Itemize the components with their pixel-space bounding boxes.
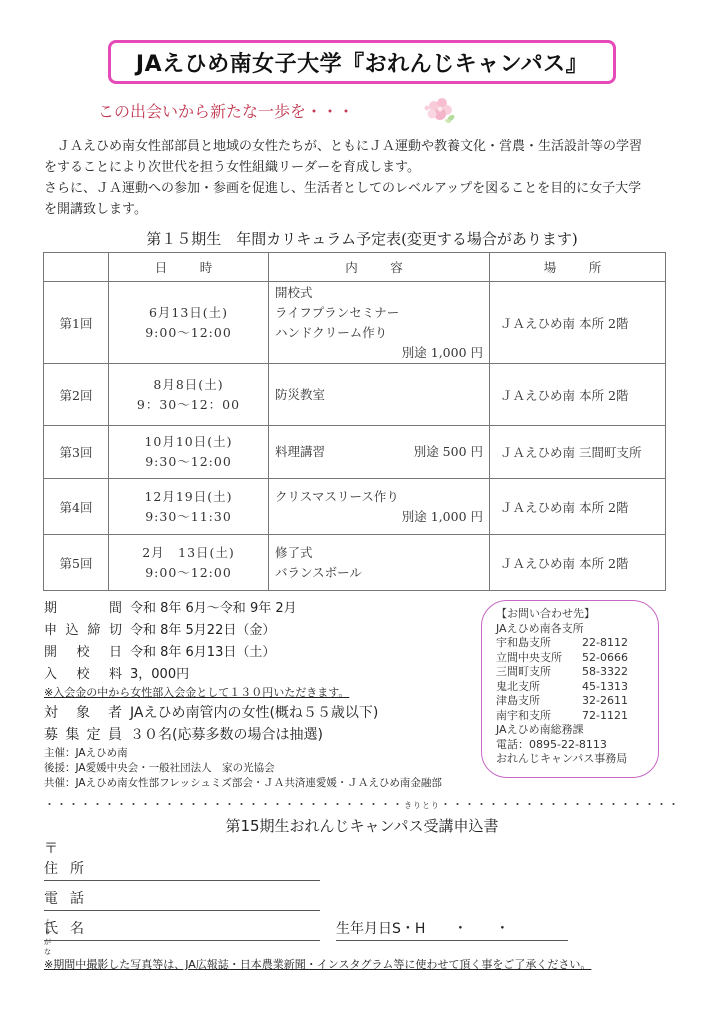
header-datetime: 日 時 <box>109 253 269 282</box>
table-header-row: 日 時 内 容 場 所 <box>44 253 666 282</box>
document-title: JAえひめ南女子大学『おれんじキャンパス』 <box>108 40 616 84</box>
session-content: 防災教室 <box>269 364 490 426</box>
branch-item: 宇和島支所22-8112 <box>496 636 658 651</box>
detail-value: 3，000円 <box>130 663 189 682</box>
detail-label: 期 間 <box>44 597 122 616</box>
session-date: 12月19日(土) <box>115 487 262 507</box>
detail-target: 対 象 者 JAえひめ南管内の女性(概ね５５歳以下) <box>44 701 474 723</box>
detail-value: 令和 8年 6月～令和 9年 2月 <box>130 597 297 616</box>
intro-paragraph: さらに、ＪＡ運動への参加・参画を促進し、生活者としてのレベルアップを図ることを目… <box>44 178 644 220</box>
application-form-title: 第15期生おれんじキャンパス受講申込書 <box>0 815 724 836</box>
postal-mark: 〒 <box>44 838 58 858</box>
detail-value: 令和 8年 6月13日（土） <box>130 641 275 660</box>
session-fee: 別途 1,000 円 <box>275 343 483 363</box>
detail-opening: 開 校 日 令和 8年 6月13日（土） <box>44 639 474 661</box>
session-content: クリスマスリース作り 別途 1,000 円 <box>269 479 490 535</box>
session-place: ＪＡえひめ南 三間町支所 <box>490 426 666 479</box>
name-label: 氏名 <box>44 921 96 937</box>
session-datetime: 6月13日(土) 9:00～12:00 <box>109 282 269 364</box>
birthdate-field[interactable]: 生年月日S・H ・ ・ <box>336 918 568 941</box>
session-number: 第4回 <box>44 479 109 535</box>
intro-paragraph: ＪＡえひめ南女性部部員と地域の女性たちが、ともにＪＡ運動や教養文化・営農・生活設… <box>44 136 644 178</box>
session-content: 開校式 ライフプランセミナー ハンドクリーム作り 別途 1,000 円 <box>269 282 490 364</box>
inquiry-office: おれんじキャンパス事務局 <box>496 752 658 767</box>
detail-deadline: 申 込 締 切 令和 8年 5月22日（金） <box>44 617 474 639</box>
session-content: 修了式 バランスボール <box>269 535 490 591</box>
cherry-blossom-icon <box>420 94 462 130</box>
branch-item: 三間町支所58-3322 <box>496 665 658 680</box>
birthdate-label: 生年月日S・H ・ ・ <box>336 921 509 937</box>
header-session <box>44 253 109 282</box>
fee-note: ※入会金の中から女性部入会金として１３０円いただきます。 <box>44 683 474 701</box>
session-datetime: 2月 13日(土) 9:00～12:00 <box>109 535 269 591</box>
cut-line: ・・・・・・・・・・・・・・・・・・・・・・・・・・・・・・きりとり・・・・・・… <box>44 796 684 812</box>
dotted-line: ・・・・・・・・・・・・・・・・・・・・・・・・・・・・・・ <box>44 798 404 811</box>
detail-capacity: 募 集 定 員 ３０名(応募多数の場合は抽選) <box>44 723 474 745</box>
header-place: 場 所 <box>490 253 666 282</box>
content-line: 開校式 <box>275 283 483 303</box>
session-content: 料理講習 別途 500 円 <box>269 426 490 479</box>
session-time: 9:30～12:00 <box>115 452 262 472</box>
detail-value: 令和 8年 5月22日（金） <box>130 619 275 638</box>
detail-value: JAえひめ南管内の女性(概ね５５歳以下) <box>130 702 378 722</box>
inquiry-org: JAえひめ南各支所 <box>496 622 658 637</box>
session-time: 9:30～11:30 <box>115 507 262 527</box>
detail-label: 対 象 者 <box>44 702 122 722</box>
name-field[interactable]: 氏名 <box>44 918 320 941</box>
supporters: 後援：JA愛媛中央会・一般社団法人 家の光協会 <box>44 760 474 775</box>
branch-item: 南宇和支所72-1121 <box>496 709 658 724</box>
header-content: 内 容 <box>269 253 490 282</box>
branch-item: 鬼北支所45-1313 <box>496 680 658 695</box>
course-details: 期 間 令和 8年 6月～令和 9年 2月 申 込 締 切 令和 8年 5月22… <box>44 595 474 790</box>
table-row: 第5回 2月 13日(土) 9:00～12:00 修了式 バランスボール ＪＡえ… <box>44 535 666 591</box>
session-number: 第3回 <box>44 426 109 479</box>
detail-label: 開 校 日 <box>44 641 122 660</box>
phone-field[interactable]: 電話 <box>44 888 320 911</box>
organizer: 主催：JAえひめ南 <box>44 745 474 760</box>
content-line: 料理講習 <box>275 442 325 462</box>
session-number: 第5回 <box>44 535 109 591</box>
table-row: 第4回 12月19日(土) 9:30～11:30 クリスマスリース作り 別途 1… <box>44 479 666 535</box>
session-datetime: 8月8日(土) 9：30～12：00 <box>109 364 269 426</box>
detail-fee: 入 校 料 3，000円 <box>44 661 474 683</box>
detail-label: 申 込 締 切 <box>44 619 122 638</box>
phone-label: 電話 <box>44 891 96 907</box>
tagline: この出会いから新たな一歩を・・・ <box>98 99 354 122</box>
session-time: 9:00～12:00 <box>115 563 262 583</box>
content-line: クリスマスリース作り <box>275 487 483 507</box>
content-line: ハンドクリーム作り <box>275 323 483 343</box>
session-datetime: 10月10日(土) 9:30～12:00 <box>109 426 269 479</box>
address-label: 住所 <box>44 861 96 877</box>
cut-label: きりとり <box>404 801 440 810</box>
session-number: 第1回 <box>44 282 109 364</box>
table-row: 第2回 8月8日(土) 9：30～12：00 防災教室 ＪＡえひめ南 本所 2階 <box>44 364 666 426</box>
cosponsors: 共催：JAえひめ南女性部フレッシュミズ部会・ＪＡ共済連愛媛・ＪＡえひめ南金融部 <box>44 775 474 790</box>
session-time: 9:00～12:00 <box>115 323 262 343</box>
table-row: 第3回 10月10日(土) 9:30～12:00 料理講習 別途 500 円 Ｊ… <box>44 426 666 479</box>
branch-item: 津島支所32-2611 <box>496 694 658 709</box>
inquiry-dept: JAえひめ南総務課 <box>496 723 658 738</box>
session-time: 9：30～12：00 <box>115 395 262 415</box>
inquiry-box: 【お問い合わせ先】 JAえひめ南各支所 宇和島支所22-8112 立間中央支所5… <box>481 600 659 778</box>
branch-item: 立間中央支所52-0666 <box>496 651 658 666</box>
dotted-line: ・・・・・・・・・・・・・・・・・・・・・・・・・・・・・ <box>440 798 684 811</box>
session-number: 第2回 <box>44 364 109 426</box>
session-datetime: 12月19日(土) 9:30～11:30 <box>109 479 269 535</box>
session-fee: 別途 500 円 <box>414 442 483 462</box>
session-date: 8月8日(土) <box>115 375 262 395</box>
session-place: ＪＡえひめ南 本所 2階 <box>490 535 666 591</box>
session-fee: 別途 1,000 円 <box>275 507 483 527</box>
intro-text: ＪＡえひめ南女性部部員と地域の女性たちが、ともにＪＡ運動や教養文化・営農・生活設… <box>44 136 644 220</box>
content-line: ライフプランセミナー <box>275 303 483 323</box>
session-place: ＪＡえひめ南 本所 2階 <box>490 364 666 426</box>
detail-value: ３０名(応募多数の場合は抽選) <box>130 724 323 744</box>
content-line: バランスボール <box>275 563 483 583</box>
table-row: 第1回 6月13日(土) 9:00～12:00 開校式 ライフプランセミナー ハ… <box>44 282 666 364</box>
curriculum-title: 第１５期生 年間カリキュラム予定表(変更する場合があります) <box>0 228 724 249</box>
session-date: 10月10日(土) <box>115 432 262 452</box>
detail-label: 募 集 定 員 <box>44 724 122 744</box>
detail-label: 入 校 料 <box>44 663 122 682</box>
photo-disclaimer: ※期間中撮影した写真等は、JA広報誌・日本農業新聞・インスタグラム等に使わせて頂… <box>44 956 591 972</box>
session-date: 2月 13日(土) <box>115 543 262 563</box>
content-line: 修了式 <box>275 543 483 563</box>
session-place: ＪＡえひめ南 本所 2階 <box>490 479 666 535</box>
detail-period: 期 間 令和 8年 6月～令和 9年 2月 <box>44 595 474 617</box>
inquiry-tel: 電話：0895-22-8113 <box>496 738 658 753</box>
session-place: ＪＡえひめ南 本所 2階 <box>490 282 666 364</box>
inquiry-heading: 【お問い合わせ先】 <box>496 607 658 622</box>
session-date: 6月13日(土) <box>115 303 262 323</box>
address-field[interactable]: 住所 <box>44 858 320 881</box>
curriculum-table: 日 時 内 容 場 所 第1回 6月13日(土) 9:00～12:00 開校式 … <box>43 252 666 591</box>
content-line: 防災教室 <box>275 385 483 405</box>
